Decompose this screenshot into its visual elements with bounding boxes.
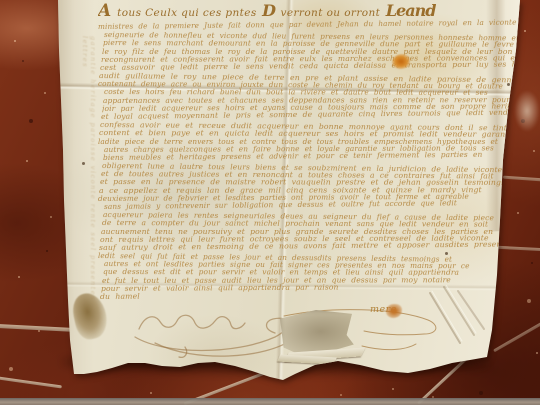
parchment-document: garantie heritage paroisse viconte rente…: [0, 0, 540, 405]
header-ornament-flourish: Leand: [386, 1, 436, 20]
dark-speck: [445, 252, 448, 255]
header-initial-letter: A: [98, 1, 112, 21]
manuscript-text-block: A tous Ceulx qui ces pntes D verront ou …: [98, 0, 502, 320]
rust-ink-spot: [392, 54, 410, 69]
photo-parchment-on-tile-floor: garantie heritage paroisse viconte rente…: [0, 0, 540, 405]
dark-speck: [82, 162, 85, 165]
parchment-wrap: garantie heritage paroisse viconte rente…: [0, 0, 540, 405]
corner-crumple-creases: [420, 285, 500, 365]
dark-speck: [507, 83, 510, 86]
header-text: verront ou orront: [281, 7, 381, 19]
header-ornament-letter: D: [262, 1, 275, 20]
manuscript-line: du hamel: [100, 291, 196, 301]
header-text: tous Ceulx qui ces pntes: [117, 7, 257, 19]
margin-ink-showthrough: garantie heritage paroisse viconte rente…: [73, 36, 97, 308]
